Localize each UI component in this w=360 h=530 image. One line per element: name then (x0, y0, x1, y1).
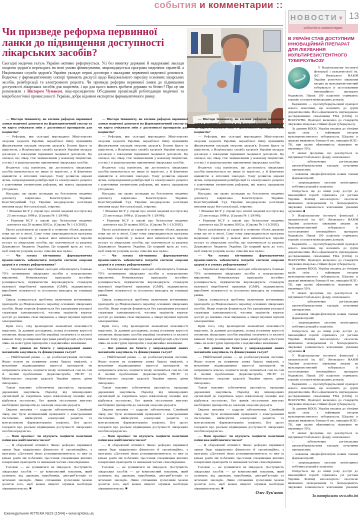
column-divider (285, 10, 286, 508)
body-paragraph: Бедаквілін — протитуберкульозний препара… (288, 243, 358, 267)
body-paragraph: Очікується, що до кінця року доступ до і… (288, 190, 358, 214)
body-paragraph: Також важливо забезпечити прозорість про… (2, 386, 92, 407)
body-paragraph: — Найбільший ризик — це розбалансування … (2, 355, 92, 385)
stop-tb-emblem-icon (288, 67, 310, 89)
body-paragraph: У межах програми, що реалізується за під… (288, 152, 358, 160)
tab-news-label: НОВОСТИ (290, 13, 337, 22)
section-header: события и комментарии :: (0, 0, 283, 11)
body-paragraph: У межах програми, що реалізується за під… (288, 432, 358, 440)
body-paragraph: Водночас слід пам'ятати, що доступність … (194, 165, 284, 191)
body-paragraph: — Українські виробники сьогодні забезпеч… (98, 267, 188, 297)
body-paragraph: Однак залишається проблема включення віт… (194, 298, 284, 324)
body-paragraph: – запровадження системи моніторингу побі… (288, 461, 358, 469)
section-header-rule (116, 25, 283, 26)
body-paragraph: — Реформа, яку сьогодні впроваджує Мініс… (98, 135, 188, 165)
body-paragraph: — Українські виробники сьогодні забезпеч… (194, 267, 284, 297)
body-paragraph: Бедаквілін — протитуберкульозний препара… (288, 383, 358, 407)
body-paragraph: За даними ВООЗ, Україна входить до п'яті… (288, 267, 358, 291)
newspaper-page: события и комментарии :: НОВОСТИ▼ 13 Чи … (0, 0, 360, 530)
body-paragraph: Головне — не зупинятися на півдорозі. До… (98, 465, 188, 491)
body-paragraph: У Національному інституті фтизіатрії і п… (288, 214, 358, 242)
body-paragraph: — Я обережний оптиміст. Якщо реформа пер… (2, 443, 92, 464)
body-paragraph: — Які ризики ви бачите у запровадженні н… (2, 346, 92, 355)
body-paragraph: Нагадаю, що право громадян на безоплатну… (2, 192, 92, 209)
body-paragraph: Нагадаю, що право громадян на безоплатну… (98, 192, 188, 209)
body-paragraph: — Найбільший ризик — це розбалансування … (194, 355, 284, 385)
body-paragraph: • Рішення КСУ у справі про платні медичн… (98, 209, 188, 218)
body-paragraph: — Вікторе Івановичу, як вплине реформа п… (2, 117, 92, 134)
body-paragraph: Окреме питання — кадрове забезпечення. С… (98, 408, 188, 434)
body-paragraph: • Рішення КСУ у справі про платні медичн… (2, 209, 92, 218)
body-paragraph: • Рішення КСУ у справі про безоплатну ме… (98, 218, 188, 227)
body-paragraph: У межах програми, що реалізується за під… (288, 292, 358, 300)
news-credit: За матеріалами www.who.int (288, 494, 358, 498)
photo-shelf-slot (201, 34, 213, 54)
body-paragraph: Проте реалізувати ці гарантії у повному … (194, 227, 284, 253)
body-paragraph: — Ваш прогноз: чи відчують пацієнти пози… (194, 434, 284, 443)
section-header-bold: и комментарии :: (200, 0, 283, 11)
body-paragraph: – запровадження системи моніторингу побі… (288, 321, 358, 329)
body-paragraph: — Ваш прогноз: чи відчують пацієнти пози… (98, 434, 188, 443)
article-body-columns: — Вікторе Івановичу, як вплине реформа п… (2, 117, 284, 491)
body-paragraph: – забезпечення регіональних протитуберку… (288, 440, 358, 452)
body-paragraph: – навчання лікарів-фтизіатрів новим схем… (288, 453, 358, 461)
article-body: — Вікторе Івановичу, як вплине реформа п… (2, 117, 284, 491)
body-paragraph: — Реформа, яку сьогодні впроваджує Мініс… (2, 135, 92, 165)
body-paragraph: — Ваш прогноз: чи відчують пацієнти пози… (2, 434, 92, 443)
news-paragraphs: У Національному інституті фтизіатрії і п… (288, 66, 358, 490)
body-paragraph: — Я обережний оптиміст. Якщо реформа пер… (98, 443, 188, 464)
body-paragraph: Крім того, слід враховувати економічні м… (98, 324, 188, 345)
body-paragraph: За даними ВООЗ, Україна входить до п'яті… (288, 407, 358, 431)
section-header-light: события (154, 0, 197, 11)
body-paragraph: – забезпечення регіональних протитуберку… (288, 300, 358, 312)
page-footer-text: Еженедельник АПТЕКА №23 (1544) • www.apt… (4, 511, 164, 516)
body-paragraph: — Чи готова вітчизняна фармацевтична про… (98, 254, 188, 267)
body-paragraph: У Національному інституті фтизіатрії і п… (288, 354, 358, 382)
body-paragraph: Крім того, слід враховувати економічні м… (2, 324, 92, 345)
body-paragraph: — Які ризики ви бачите у запровадженні н… (194, 346, 284, 355)
body-paragraph: — Я обережний оптиміст. Якщо реформа пер… (194, 443, 284, 464)
body-paragraph: Бедаквілін — протитуберкульозний препара… (288, 103, 358, 127)
body-paragraph: Водночас слід пам'ятати, що доступність … (98, 165, 188, 191)
photo-wall-frame (263, 30, 281, 52)
body-paragraph: — Найбільший ризик — це розбалансування … (98, 355, 188, 385)
body-paragraph: Головне — не зупинятися на півдорозі. До… (194, 465, 284, 491)
page-footer: Еженедельник АПТЕКА №23 (1544) • www.apt… (4, 511, 164, 519)
body-paragraph: Проте реалізувати ці гарантії у повному … (98, 227, 188, 253)
body-paragraph: Однак залишається проблема включення віт… (2, 298, 92, 324)
body-paragraph: Очікується, що до кінця року доступ до і… (288, 470, 358, 491)
photo-binder (191, 32, 198, 54)
article-lead-text: Сьогодні медична галузь України активно … (2, 61, 184, 115)
news-body-text: У Національному інституті фтизіатрії і п… (288, 66, 358, 490)
body-paragraph: Нагадаю, що право громадян на безоплатну… (194, 192, 284, 209)
body-paragraph: – запровадження системи моніторингу побі… (288, 181, 358, 189)
body-paragraph: – навчання лікарів-фтизіатрів новим схем… (288, 173, 358, 181)
body-paragraph: Водночас слід пам'ятати, що доступність … (2, 165, 92, 191)
body-paragraph: — Чи готова вітчизняна фармацевтична про… (2, 254, 92, 267)
body-paragraph: За даними ВООЗ, Україна входить до п'яті… (288, 127, 358, 151)
article-author: Олег Лук'янов (160, 490, 283, 495)
news-body: У Національному інституті фтизіатрії і п… (288, 66, 358, 490)
article-lead: Сьогодні медична галузь України активно … (2, 61, 184, 115)
body-paragraph: Проте реалізувати ці гарантії у повному … (2, 227, 92, 253)
body-paragraph: — Вікторе Івановичу, як вплине реформа п… (194, 117, 284, 134)
body-paragraph: — Які ризики ви бачите у запровадженні н… (98, 346, 188, 355)
body-paragraph: Також важливо забезпечити прозорість про… (98, 386, 188, 407)
body-paragraph: — Вікторе Івановичу, як вплине реформа п… (98, 117, 188, 134)
body-paragraph: Однак залишається проблема включення віт… (98, 298, 188, 324)
page-number: 13 (349, 11, 359, 21)
photo-man-hand (217, 80, 227, 88)
news-category-label: события и комментарии (288, 24, 358, 33)
article-headline: Чи призведе реформа первинної ланки до п… (2, 28, 186, 60)
body-paragraph: — Реформа, яку сьогодні впроваджує Мініс… (194, 135, 284, 165)
body-paragraph: • Рішення КСУ у справі про безоплатну ме… (194, 218, 284, 227)
body-paragraph: — Українські виробники сьогодні забезпеч… (2, 267, 92, 297)
news-category-band: события и комментарии (288, 24, 358, 33)
body-paragraph: Головне — не зупинятися на півдорозі. До… (2, 465, 92, 491)
body-paragraph: • Рішення КСУ у справі про безоплатну ме… (2, 218, 92, 227)
news-headline-wrap: В Україні став доступним інноваційний пр… (288, 36, 358, 64)
body-paragraph: Окреме питання — кадрове забезпечення. С… (194, 408, 284, 434)
body-paragraph: • Рішення КСУ у справі про платні медичн… (194, 209, 284, 218)
chevron-down-icon: ▼ (338, 16, 344, 22)
body-paragraph: – забезпечення регіональних протитуберку… (288, 160, 358, 172)
body-paragraph: Крім того, слід враховувати економічні м… (194, 324, 284, 345)
body-paragraph: Також важливо забезпечити прозорість про… (194, 386, 284, 407)
news-headline: В Україні став доступним інноваційний пр… (288, 36, 358, 64)
body-paragraph: Очікується, що до кінця року доступ до і… (288, 330, 358, 354)
emblem-swirl (291, 73, 306, 83)
body-paragraph: Окреме питання — кадрове забезпечення. С… (2, 408, 92, 434)
body-paragraph: — Чи готова вітчизняна фармацевтична про… (194, 254, 284, 267)
body-paragraph: – навчання лікарів-фтизіатрів новим схем… (288, 313, 358, 321)
article-photo (187, 28, 283, 128)
